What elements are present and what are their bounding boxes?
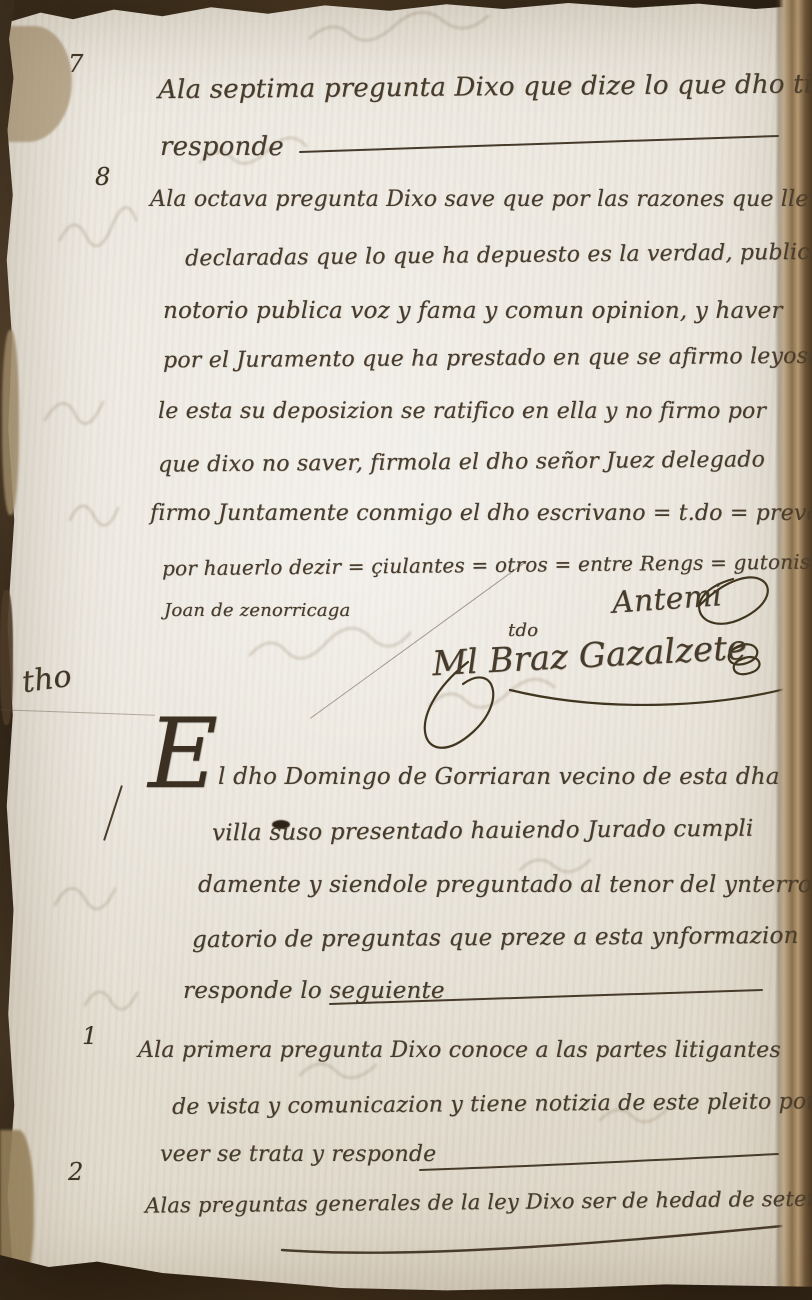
manuscript-line: por el Juramento que ha prestado en que … [163, 344, 812, 374]
manuscript-line: Alas preguntas generales de la ley Dixo … [145, 1186, 812, 1217]
signature-name: Ml Braz Gazalzete [431, 628, 748, 684]
manuscript-page: 7 8 tho 1 2 Ala septima pregunta Dixo qu… [0, 0, 812, 1300]
manuscript-line: Ala octava pregunta Dixo save que por la… [150, 187, 812, 212]
manuscript-line: le esta su deposizion se ratifico en ell… [158, 399, 766, 424]
manuscript-line: Ala primera pregunta Dixo conoce a las p… [138, 1038, 781, 1063]
torn-edge-bottom [0, 1240, 812, 1300]
manuscript-line: que dixo no saver, firmola el dho señor … [158, 447, 765, 477]
margin-question-number: 1 [82, 1022, 97, 1050]
manuscript-line: responde [160, 132, 284, 162]
ante-mi-label: Antemi [611, 578, 723, 621]
margin-stain [0, 590, 13, 725]
margin-question-number: 8 [95, 163, 110, 191]
margin-stain [2, 330, 19, 515]
manuscript-line: por hauerlo dezir = çiulantes = otros = … [162, 550, 810, 581]
manuscript-line: de vista y comunicazion y tiene notizia … [172, 1089, 812, 1120]
manuscript-line: villa suso presentado hauiendo Jurado cu… [212, 816, 754, 847]
signature-abbrev: tdo [508, 620, 538, 641]
margin-slash [103, 785, 123, 841]
margin-witness-mark: tho [20, 659, 74, 701]
manuscript-line: Ala septima pregunta Dixo que dize lo qu… [158, 69, 812, 105]
paper-crease [0, 709, 155, 715]
margin-question-number: 2 [68, 1158, 83, 1186]
manuscript-line: damente y siendole preguntado al tenor d… [198, 872, 812, 898]
manuscript-line: veer se trata y responde [160, 1142, 436, 1167]
paragraph-initial: E [148, 706, 218, 802]
manuscript-line: gatorio de preguntas que preze a esta yn… [192, 923, 799, 953]
manuscript-line: declaradas que lo que ha depuesto es la … [185, 240, 812, 272]
torn-edge-top [0, 0, 812, 30]
margin-question-number: 7 [68, 50, 83, 78]
manuscript-line: Joan de zenorricaga [164, 600, 350, 621]
manuscript-line: responde lo seguiente [183, 978, 445, 1004]
manuscript-line: l dho Domingo de Gorriaran vecino de est… [218, 764, 780, 790]
manuscript-line: notorio publica voz y fama y comun opini… [163, 298, 783, 324]
manuscript-line: firmo Juntamente conmigo el dho escrivan… [150, 501, 812, 526]
